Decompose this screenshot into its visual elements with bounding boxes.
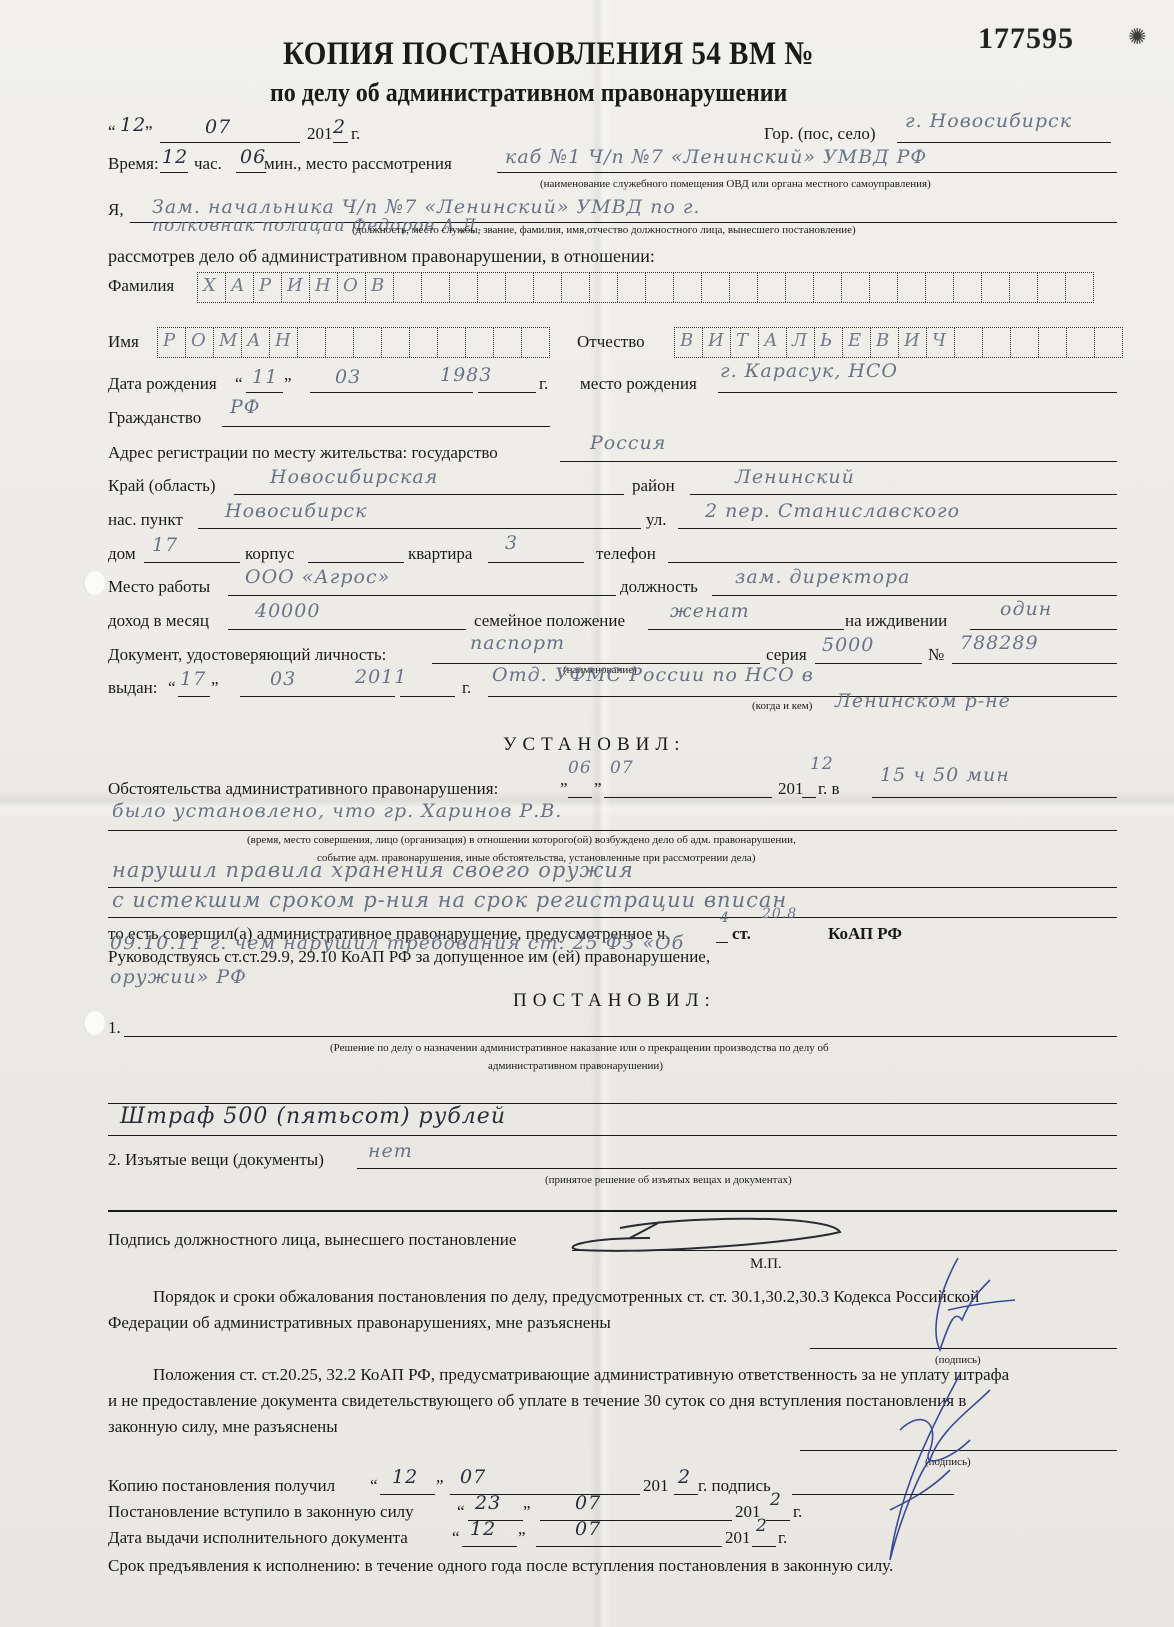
decided-heading: ПОСТАНОВИЛ: [513,990,716,1012]
date-day: 12 [120,114,146,136]
document-series: 5000 [822,634,874,656]
offense-month: 07 [610,758,634,778]
income-value: 40000 [255,600,320,622]
letter-cell [478,273,506,302]
document-title: КОПИЯ ПОСТАНОВЛЕНИЯ 54 ВМ № [283,36,814,73]
time-minute: 06 [240,146,266,168]
penalty-value: Штраф 500 (пятьсот) рублей [120,1104,506,1129]
letter-cell [870,273,898,302]
city-label: Гор. (пос, село) [764,124,876,144]
letter-cell [1011,328,1039,357]
date-month: 07 [205,116,231,138]
letter-cell [982,273,1010,302]
name-boxes: РОМАН [157,327,550,358]
letter-cell [326,328,354,357]
letter-cell [590,273,618,302]
effect-day: 23 [475,1492,501,1514]
copy-month: 07 [460,1466,486,1488]
letter-cell [842,273,870,302]
letter-cell [522,328,549,357]
letter-cell: В [675,328,703,357]
effect-month: 07 [575,1492,601,1514]
letter-cell [1038,273,1066,302]
letter-cell [298,328,326,357]
letter-cell [702,273,730,302]
flat-value: 3 [505,532,518,554]
letter-cell: В [366,273,394,302]
birthplace-value: г. Карасук, НСО [720,360,898,382]
letter-cell [1010,273,1038,302]
place-value: каб №1 Ч/п №7 «Ленинский» УМВД РФ [505,146,927,168]
country-value: Россия [590,432,666,454]
official-signature [540,1208,840,1268]
document-number-value: 788289 [960,632,1039,654]
letter-cell [1067,328,1095,357]
house-value: 17 [152,534,178,556]
letter-cell: Ь [815,328,843,357]
letter-cell: Ч [927,328,955,357]
official-value-1: Зам. начальника Ч/п №7 «Ленинский» УМВД … [152,196,700,218]
letter-cell [1095,328,1122,357]
letter-cell [730,273,758,302]
guided-cont: оружии» РФ [110,966,247,988]
letter-cell [450,273,478,302]
case-intro: рассмотрев дело об административном прав… [108,246,655,267]
letter-cell [382,328,410,357]
letter-cell [955,328,983,357]
document-subtitle: по делу об административном правонарушен… [270,78,787,108]
letter-cell: Р [158,328,186,357]
letter-cell [926,273,954,302]
document-name: паспорт [470,632,565,654]
established-line-2: было установлено, что гр. Харинов Р.В. [112,800,562,822]
letter-cell [814,273,842,302]
letter-cell: О [338,273,366,302]
region-value: Новосибирская [270,466,438,488]
letter-cell: И [899,328,927,357]
letter-cell: И [703,328,731,357]
letter-cell [466,328,494,357]
city-value: г. Новосибирск [905,110,1072,132]
issue-month: 07 [575,1518,601,1540]
letter-cell [898,273,926,302]
punch-hole [83,1010,105,1036]
letter-cell [506,273,534,302]
letter-cell [422,273,450,302]
marital-value: женат [670,600,750,622]
letter-cell [1066,273,1093,302]
issue-day: 12 [470,1518,496,1540]
letter-cell [758,273,786,302]
letter-cell: Т [731,328,759,357]
time-hour: 12 [162,146,188,168]
letter-cell [646,273,674,302]
fine-notice-signature [860,1370,1000,1570]
issued-month: 03 [270,668,296,690]
enforcement-term: Срок предъявления к исполнению: в течени… [108,1556,893,1576]
punch-hole [83,570,105,596]
ornament-icon: ✺ [1128,24,1146,50]
patronymic-boxes: ВИТАЛЬЕВИЧ [674,327,1123,358]
letter-cell [562,273,590,302]
issue-year: 2 [756,1516,768,1536]
letter-cell [438,328,466,357]
letter-cell [410,328,438,357]
letter-cell: А [759,328,787,357]
letter-cell: А [226,273,254,302]
letter-cell [983,328,1011,357]
copy-day: 12 [392,1466,418,1488]
surname-boxes: ХАРИНОВ [197,272,1094,303]
letter-cell: Л [787,328,815,357]
effect-year: 2 [770,1490,782,1510]
issued-day: 17 [180,668,206,690]
date-year: 2 [333,116,346,138]
letter-cell [494,328,522,357]
letter-cell: В [871,328,899,357]
dependents-value: один [1000,598,1052,620]
letter-cell [1039,328,1067,357]
offense-day: 06 [568,758,592,778]
dob-day: 11 [252,366,278,388]
issued-by-cont: Ленинском р-не [835,690,1011,712]
issued-year: 2011 [355,666,407,688]
dob-year: 1983 [440,364,492,386]
letter-cell: М [214,328,242,357]
district-value: Ленинский [735,466,855,488]
offense-year: 12 [810,754,834,774]
locality-value: Новосибирск [225,500,367,522]
copy-year: 2 [678,1466,691,1488]
street-value: 2 пер. Станиславского [705,500,960,522]
position-value: зам. директора [735,566,911,588]
letter-cell [394,273,422,302]
letter-cell: А [242,328,270,357]
letter-cell [618,273,646,302]
established-line-4: с истекшим сроком р-ния на срок регистра… [112,888,787,912]
workplace-value: ООО «Агрос» [245,566,390,588]
letter-cell [354,328,382,357]
letter-cell: О [186,328,214,357]
offense-time: 15 ч 50 мин [880,764,1010,786]
violation-article: 20.8 [762,906,797,922]
letter-cell: Е [843,328,871,357]
dob-month: 03 [335,366,361,388]
document-number: 177595 [978,22,1074,56]
citizenship-value: РФ [230,396,261,418]
established-line-3: нарушил правила хранения своего оружия [112,858,634,882]
letter-cell [954,273,982,302]
letter-cell: Н [270,328,298,357]
violation-part: 4 [720,910,730,926]
letter-cell [786,273,814,302]
letter-cell: Р [254,273,282,302]
letter-cell [674,273,702,302]
issued-by: Отд. УФМС России по НСО в [492,664,814,686]
appeal-signature [900,1250,1020,1360]
established-heading: УСТАНОВИЛ: [503,734,686,756]
letter-cell: И [282,273,310,302]
letter-cell: Н [310,273,338,302]
seized-items-value: нет [368,1140,413,1162]
letter-cell: Х [198,273,226,302]
letter-cell [534,273,562,302]
